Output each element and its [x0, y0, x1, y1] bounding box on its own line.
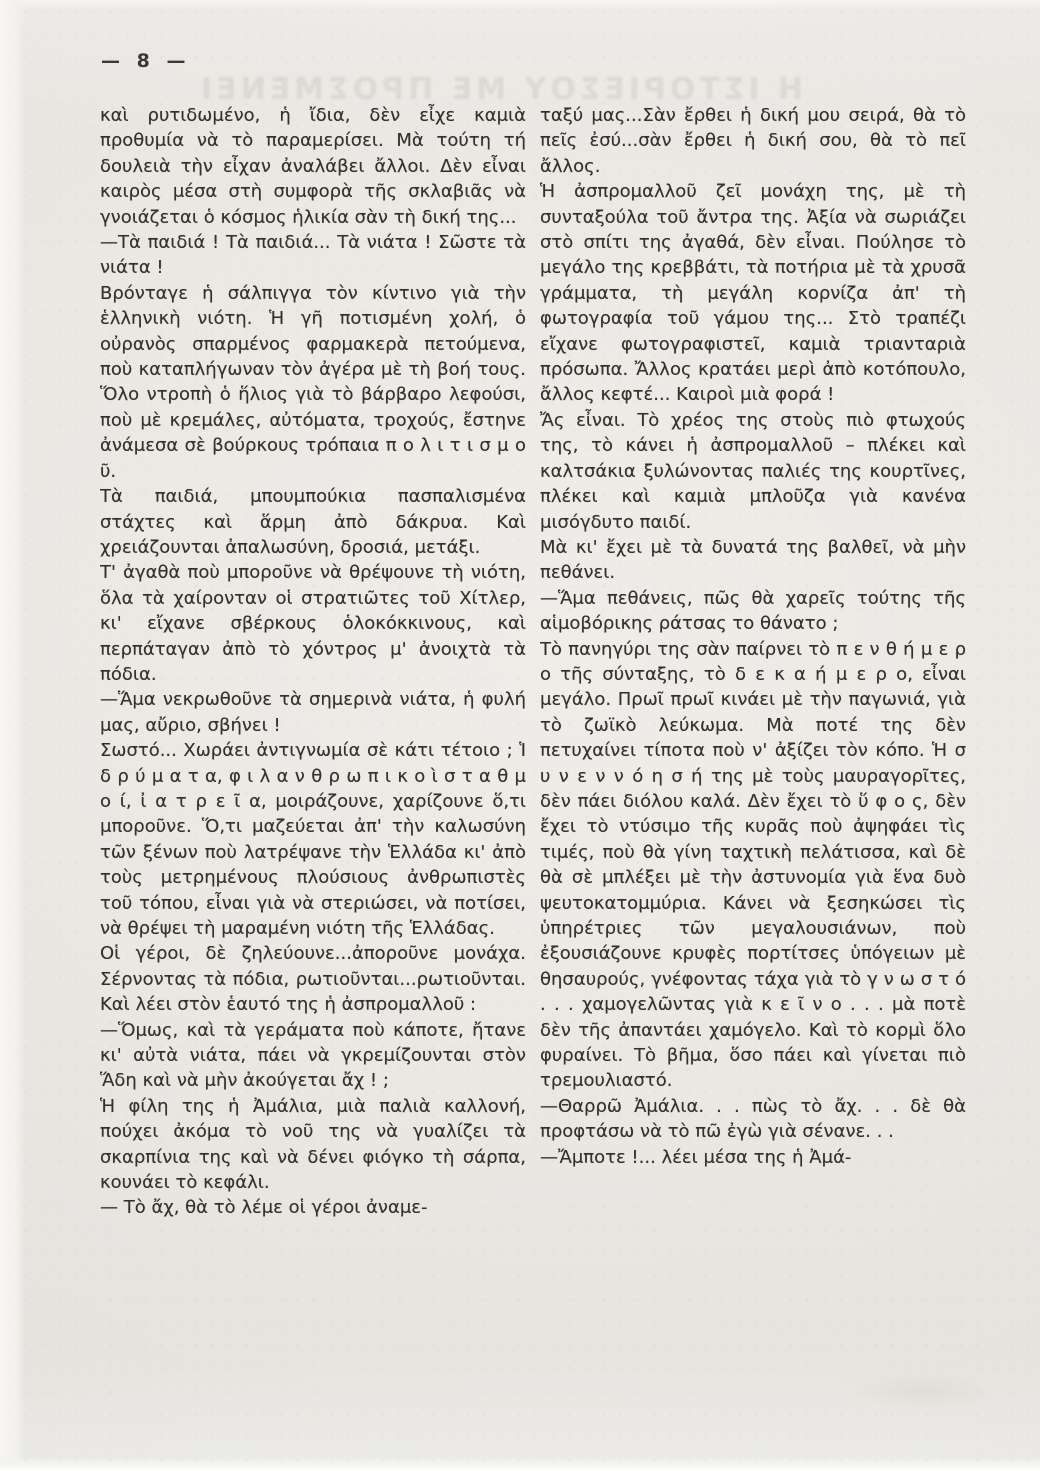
- paragraph: —Ἅμα πεθάνεις, πῶς θὰ χαρεῖς τούτης τῆς …: [540, 586, 966, 637]
- paragraph: —Θαρρῶ Ἀμάλια. . . πὼς τὸ ἄχ. . . δὲ θὰ …: [540, 1094, 966, 1145]
- scan-edge-left: [0, 0, 26, 1471]
- paragraph: καὶ ρυτιδωμένο, ἡ ἴδια, δὲν εἶχε καμιὰ π…: [100, 103, 526, 230]
- paragraph: Ἡ φίλη της ἡ Ἀμάλια, μιὰ παλιὰ καλλονή, …: [100, 1094, 526, 1196]
- scan-edge-bottom: [0, 1457, 1040, 1471]
- scan-edge-top: [0, 0, 1040, 10]
- paragraph: Τὰ παιδιά, μπουμπούκια πασπαλισμένα στάχ…: [100, 484, 526, 560]
- text-column-right: ταξύ μας...Σὰν ἔρθει ἡ δική μου σειρά, θ…: [540, 103, 966, 1328]
- paragraph: —Τὰ παιδιά ! Τὰ παιδιά... Τὰ νιάτα ! Σῶσ…: [100, 230, 526, 281]
- paragraph: Οἱ γέροι, δὲ ζηλεύουνε...ἀποροῦνε μονάχα…: [100, 941, 526, 1017]
- scanned-book-page: — 8 — Η ΙΣΤΟΡΙΕΣΟΥ ΜΕ ΠΡΟΣΜΕΝΕΙ καὶ ρυτι…: [0, 0, 1040, 1471]
- paragraph: —Ἄμποτε !... λέει μέσα της ἡ Ἀμά-: [540, 1145, 966, 1170]
- page-number: — 8 —: [101, 50, 187, 72]
- paragraph: Τ' ἀγαθὰ ποὺ μποροῦνε νὰ θρέψουνε τὴ νιό…: [100, 560, 526, 687]
- paragraph: —Ὅμως, καὶ τὰ γεράματα ποὺ κάποτε, ἤτανε…: [100, 1018, 526, 1094]
- paragraph: Τὸ πανηγύρι της σὰν παίρνει τὸ π ε ν θ ή…: [540, 637, 966, 1094]
- paragraph: Μὰ κι' ἔχει μὲ τὰ δυνατά της βαλθεῖ, νὰ …: [540, 535, 966, 586]
- paragraph: Ἄς εἶναι. Τὸ χρέος της στοὺς πιὸ φτωχούς…: [540, 408, 966, 535]
- paragraph: Σωστό... Χωράει ἀντιγνωμία σὲ κάτι τέτοι…: [100, 738, 526, 941]
- text-column-left: καὶ ρυτιδωμένο, ἡ ἴδια, δὲν εἶχε καμιὰ π…: [100, 103, 526, 1328]
- paragraph: ταξύ μας...Σὰν ἔρθει ἡ δική μου σειρά, θ…: [540, 103, 966, 179]
- paper-smudge: [850, 1371, 1000, 1411]
- text-columns: καὶ ρυτιδωμένο, ἡ ἴδια, δὲν εἶχε καμιὰ π…: [100, 103, 966, 1328]
- paragraph: Ἡ ἀσπρομαλλοῦ ζεῖ μονάχη της, μὲ τὴ συντ…: [540, 179, 966, 408]
- paragraph: Βρόνταγε ἡ σάλπιγγα τὸν κίντινο γιὰ τὴν …: [100, 281, 526, 484]
- paragraph: — Τὸ ἄχ, θὰ τὸ λέμε οἱ γέροι ἀναμε-: [100, 1195, 526, 1220]
- bleedthrough-text: Η ΙΣΤΟΡΙΕΣΟΥ ΜΕ ΠΡΟΣΜΕΝΕΙ: [150, 72, 850, 107]
- paragraph: —Ἅμα νεκρωθοῦνε τὰ σημερινὰ νιάτα, ἡ φυλ…: [100, 687, 526, 738]
